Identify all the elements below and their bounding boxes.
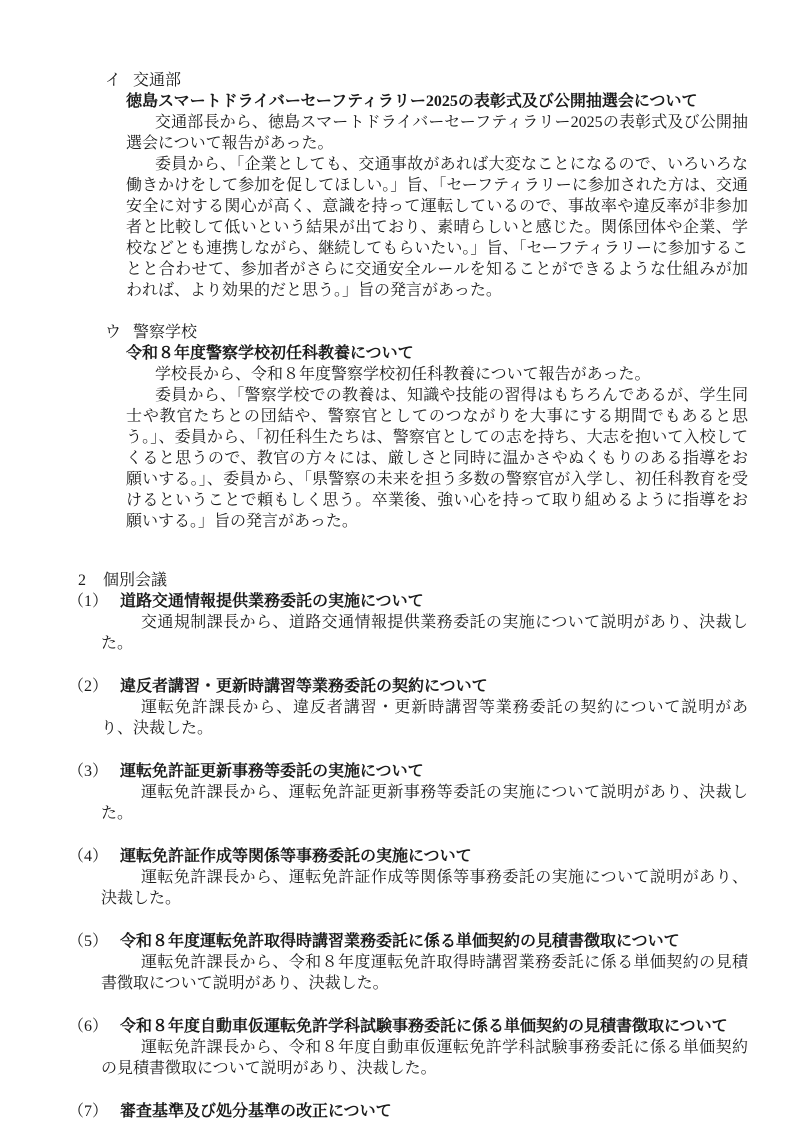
- meeting-item-head: （3）運転免許証更新事務等委託の実施について: [68, 761, 800, 782]
- meeting-heading-label: 個別会議: [103, 572, 167, 589]
- meeting-item-title: 令和８年度運転免許取得時講習業務委託に係る単価契約の見積書徴取について: [120, 931, 680, 952]
- paragraph: 委員から、「企業としても、交通事故があれば大変なことになるので、いろいろな働きか…: [126, 154, 748, 301]
- meeting-item-number: （6）: [68, 1016, 120, 1037]
- meeting-item-number: （2）: [68, 676, 120, 697]
- meeting-item-head: （6）令和８年度自動車仮運転免許学科試験事務委託に係る単価契約の見積書徴取につい…: [68, 1016, 800, 1037]
- meeting-item-body: 交通規制課長から、道路交通情報提供業務委託の実施について説明があり、決裁した。: [101, 612, 748, 654]
- meeting-item-title: 令和８年度自動車仮運転免許学科試験事務委託に係る単価契約の見積書徴取について: [120, 1016, 728, 1037]
- meeting-item-title: 運転免許証更新事務等委託の実施について: [120, 761, 424, 782]
- document-page: イ交通部 徳島スマートドライバーセーフティラリー2025の表彰式及び公開抽選会に…: [0, 0, 800, 1131]
- report-items-container: イ交通部 徳島スマートドライバーセーフティラリー2025の表彰式及び公開抽選会に…: [0, 70, 800, 532]
- meeting-item-head: （7）審査基準及び処分基準の改正について: [68, 1101, 800, 1122]
- meeting-heading: 2個別会議: [78, 570, 800, 591]
- meeting-item-title: 審査基準及び処分基準の改正について: [120, 1101, 392, 1122]
- meeting-item-body: 運転免許課長から、令和８年度自動車仮運転免許学科試験事務委託に係る単価契約の見積…: [101, 1037, 748, 1079]
- meeting-item: （5）令和８年度運転免許取得時講習業務委託に係る単価契約の見積書徴取について 運…: [0, 931, 800, 994]
- meeting-item-title: 運転免許証作成等関係等事務委託の実施について: [120, 846, 472, 867]
- meeting-item-head: （5）令和８年度運転免許取得時講習業務委託に係る単価契約の見積書徴取について: [68, 931, 800, 952]
- report-item: ウ警察学校 令和８年度警察学校初任科教養について 学校長から、令和８年度警察学校…: [0, 322, 800, 532]
- meeting-item-number: （1）: [68, 591, 120, 612]
- meeting-item-head: （4）運転免許証作成等関係等事務委託の実施について: [68, 846, 800, 867]
- meeting-item: （7）審査基準及び処分基準の改正について: [0, 1101, 800, 1122]
- meeting-item-body: 運転免許課長から、違反者講習・更新時講習等業務委託の契約について説明があり、決裁…: [101, 697, 748, 739]
- report-item-department: 交通部: [133, 72, 181, 89]
- paragraph: 委員から、「警察学校での教養は、知識や技能の習得はもちろんであるが、学生同士や教…: [126, 385, 748, 532]
- report-item-label: ウ: [105, 322, 121, 343]
- report-item-title: 令和８年度警察学校初任科教養について: [126, 343, 756, 364]
- meeting-item-number: （7）: [68, 1101, 120, 1122]
- meeting-item-number: （3）: [68, 761, 120, 782]
- meeting-item-title: 違反者講習・更新時講習等業務委託の契約について: [120, 676, 488, 697]
- meeting-item-head: （2）違反者講習・更新時講習等業務委託の契約について: [68, 676, 800, 697]
- paragraph: 学校長から、令和８年度警察学校初任科教養について報告があった。: [126, 364, 748, 385]
- meeting-heading-number: 2: [78, 572, 86, 589]
- paragraph: 交通部長から、徳島スマートドライバーセーフティラリー2025の表彰式及び公開抽選…: [126, 112, 748, 154]
- meeting-item-number: （5）: [68, 931, 120, 952]
- individual-meeting-section: 2個別会議 （1）道路交通情報提供業務委託の実施について 交通規制課長から、道路…: [0, 570, 800, 1122]
- meeting-item-head: （1）道路交通情報提供業務委託の実施について: [68, 591, 800, 612]
- meeting-items-container: （1）道路交通情報提供業務委託の実施について 交通規制課長から、道路交通情報提供…: [0, 591, 800, 1122]
- meeting-item-body: 運転免許課長から、運転免許証作成等関係等事務委託の実施について説明があり、決裁し…: [101, 867, 748, 909]
- report-item-department: 警察学校: [133, 324, 197, 341]
- meeting-item-body: 運転免許課長から、運転免許証更新事務等委託の実施について説明があり、決裁した。: [101, 782, 748, 824]
- meeting-item-title: 道路交通情報提供業務委託の実施について: [120, 591, 424, 612]
- meeting-item: （4）運転免許証作成等関係等事務委託の実施について 運転免許課長から、運転免許証…: [0, 846, 800, 909]
- report-item: イ交通部 徳島スマートドライバーセーフティラリー2025の表彰式及び公開抽選会に…: [0, 70, 800, 301]
- report-item-head: イ交通部: [105, 70, 800, 91]
- meeting-item-number: （4）: [68, 846, 120, 867]
- report-item-paragraphs: 交通部長から、徳島スマートドライバーセーフティラリー2025の表彰式及び公開抽選…: [0, 112, 800, 301]
- report-item-title: 徳島スマートドライバーセーフティラリー2025の表彰式及び公開抽選会について: [126, 91, 756, 112]
- report-item-label: イ: [105, 70, 121, 91]
- meeting-item: （6）令和８年度自動車仮運転免許学科試験事務委託に係る単価契約の見積書徴取につい…: [0, 1016, 800, 1079]
- meeting-item: （1）道路交通情報提供業務委託の実施について 交通規制課長から、道路交通情報提供…: [0, 591, 800, 654]
- report-item-head: ウ警察学校: [105, 322, 800, 343]
- meeting-item-body: 運転免許課長から、令和８年度運転免許取得時講習業務委託に係る単価契約の見積書徴取…: [101, 952, 748, 994]
- report-item-paragraphs: 学校長から、令和８年度警察学校初任科教養について報告があった。委員から、「警察学…: [0, 364, 800, 532]
- meeting-item: （3）運転免許証更新事務等委託の実施について 運転免許課長から、運転免許証更新事…: [0, 761, 800, 824]
- meeting-item: （2）違反者講習・更新時講習等業務委託の契約について 運転免許課長から、違反者講…: [0, 676, 800, 739]
